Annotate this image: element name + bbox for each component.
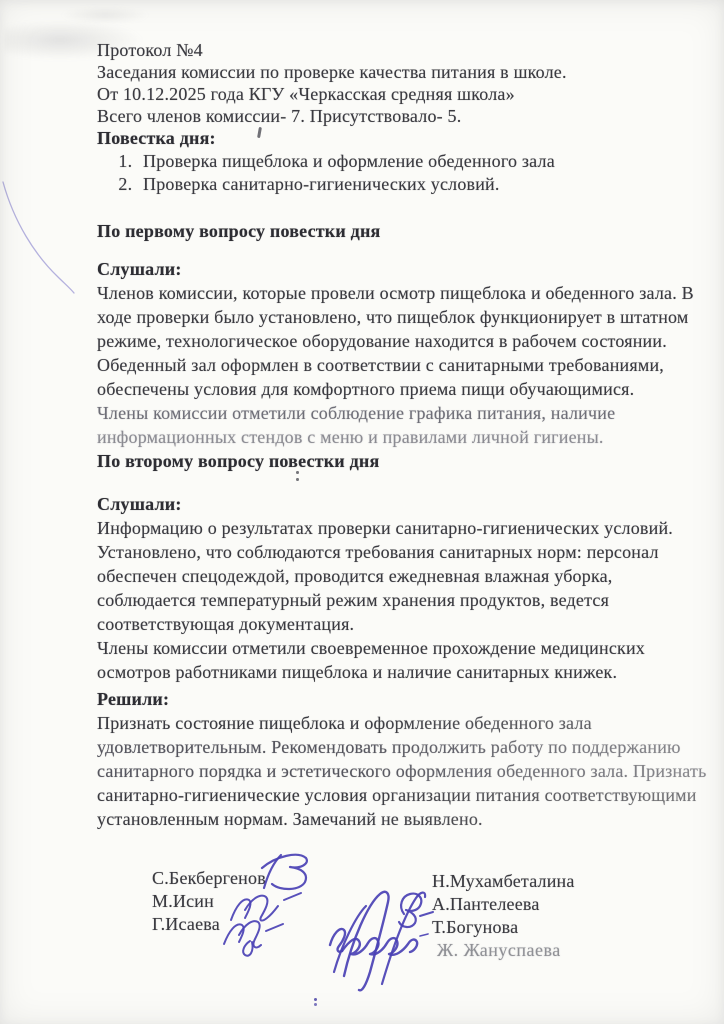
section1-listened-label: Слушали: <box>97 257 182 281</box>
text-line: От 10.12.2025 года КГУ «Черкасская средн… <box>97 83 567 105</box>
text-line: соответствующая документация. <box>97 612 673 636</box>
section2-body: Информацию о результатах проверки санита… <box>97 516 673 684</box>
text-line: Всего членов комиссии- 7. Присутствовало… <box>97 105 567 127</box>
section2-listened-label: Слушали: <box>97 492 182 516</box>
signer-name: М.Исин <box>152 890 266 913</box>
text-line: Информацию о результатах проверки санита… <box>97 516 673 540</box>
text-line: Протокол №4 <box>97 39 567 61</box>
text-line: установленным нормам. Замечаний не выявл… <box>97 807 707 831</box>
signer-name: Ж. Жануспаева <box>437 939 575 962</box>
signer-name: Т.Богунова <box>432 916 575 939</box>
scan-speck <box>257 127 262 138</box>
signature-large-flourish <box>330 892 433 991</box>
signer-name: Г.Исаева <box>152 913 266 936</box>
signer-name: А.Пантелеева <box>432 893 575 916</box>
agenda-item: Проверка пищеблока и оформление обеденно… <box>137 150 555 173</box>
text-line: ходе проверки было установлено, что пище… <box>97 305 694 329</box>
resolution-heading: Решили: <box>97 687 169 711</box>
signer-name: С.Бекбергенов <box>152 867 266 890</box>
text-line: удовлетворительным. Рекомендовать продол… <box>97 735 707 759</box>
text-line: Членов комиссии, которые провели осмотр … <box>97 281 694 305</box>
scan-smudge <box>60 6 150 24</box>
text-line: Члены комиссии отметили соблюдение графи… <box>97 401 694 425</box>
signer-name: Н.Мухамбеталина <box>432 870 575 893</box>
text-line: Обеденный зал оформлен в соответствии с … <box>97 353 694 377</box>
signature-names-left: С.БекбергеновМ.ИсинГ.Исаева <box>152 867 266 936</box>
text-line: соблюдается температурный режим хранения… <box>97 588 673 612</box>
section2-heading: По второму вопросу повестки дня <box>97 449 379 473</box>
text-line: Члены комиссии отметили своевременное пр… <box>97 636 673 660</box>
scanned-protocol-page: Протокол №4Заседания комиссии по проверк… <box>0 0 724 1024</box>
agenda-title: Повестка дня: <box>97 126 216 150</box>
text-line: санитарного порядка и эстетического офор… <box>97 759 707 783</box>
text-line: Установлено, что соблюдаются требования … <box>97 540 673 564</box>
text-line: осмотров работниками пищеблока и наличие… <box>97 660 673 684</box>
text-line: обеспечен спецодеждой, проводится ежедне… <box>97 564 673 588</box>
text-line: Заседания комиссии по проверке качества … <box>97 61 567 83</box>
agenda-list: Проверка пищеблока и оформление обеденно… <box>97 150 555 196</box>
signature-bekbergenov <box>262 855 307 889</box>
section1-heading: По первому вопросу повестки дня <box>97 219 380 243</box>
text-line: информационных стендов с меню и правилам… <box>97 425 694 449</box>
text-line: обеспечены условия для комфортного прием… <box>97 377 694 401</box>
margin-pen-stroke <box>3 182 74 293</box>
agenda-item: Проверка санитарно-гигиенических условий… <box>137 173 555 196</box>
section1-body: Членов комиссии, которые провели осмотр … <box>97 281 694 449</box>
scan-speck <box>314 998 317 1001</box>
text-line: санитарно-гигиенические условия организа… <box>97 783 707 807</box>
resolution-body: Признать состояние пищеблока и оформлени… <box>97 711 707 831</box>
text-line: Признать состояние пищеблока и оформлени… <box>97 711 707 735</box>
signature-names-right: Н.МухамбеталинаА.ПантелееваТ.БогуноваЖ. … <box>432 870 575 962</box>
text-line: режиме, технологическое оборудование нах… <box>97 329 694 353</box>
document-header: Протокол №4Заседания комиссии по проверк… <box>97 39 567 127</box>
